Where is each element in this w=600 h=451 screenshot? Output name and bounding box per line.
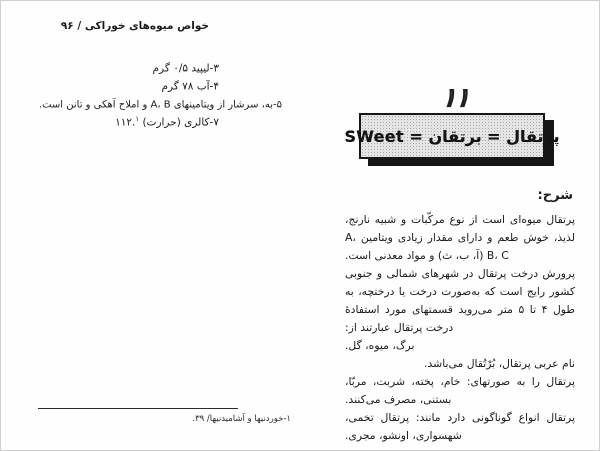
nutrition-item-vitamins: ۵-به، سرشار از ویتامینهای A، B و املاح آ…	[1, 94, 282, 112]
nutrition-item-water: ۴-آب ۷۸ گرم	[1, 76, 219, 94]
paragraph-used-parts: برگ، میوه، گل.	[345, 337, 575, 355]
nutrition-item-calories: ۷-کالری (حرارت) ۱۱۲.۱	[1, 112, 219, 130]
chapter-number: ۱۱	[422, 83, 489, 112]
section-heading-sharh: شرح:	[473, 188, 573, 203]
chapter-description: پرتقال میوه‌ای است از نوع مرکّبات و شبیه…	[345, 211, 575, 445]
chapter-title: پرتقال = برتقان = SWeet	[344, 127, 559, 146]
paragraph-intro: پرتقال میوه‌ای است از نوع مرکّبات و شبیه…	[345, 211, 575, 265]
nutrition-item-text: ۵-به، سرشار از ویتامینهای A، B و املاح آ…	[39, 99, 282, 110]
paragraph-consumption-forms: پرتقال را به صورتهای: خام، پخته، شربت، م…	[345, 373, 575, 409]
footnote-reference: ۱-خوردنیها و آشامیدنیها/ ۳۹.	[140, 414, 291, 424]
chapter-title-box: پرتقال = برتقان = SWeet	[359, 113, 545, 159]
nutrition-item-lipid: ۳-لیپید ۰/۵ گرم	[1, 58, 219, 76]
nutrition-item-text: ۷-کالری (حرارت) ۱۱۲.	[115, 117, 219, 129]
footnote-divider	[38, 408, 238, 409]
book-scan-page: خواص میوه‌های خوراکی / ۹۶ ۳-لیپید ۰/۵ گر…	[0, 0, 600, 451]
paragraph-varieties: پرتقال انواع گوناگونی دارد مانند: پرتقال…	[345, 409, 575, 445]
paragraph-cultivation: پرورش درخت پرتقال در شهرهای شمالی و جنوب…	[345, 265, 575, 337]
paragraph-arabic-name: نام عربی پرتقال، بُرْتُقال می‌باشد.	[345, 355, 575, 373]
nutrition-item-text: ۳-لیپید ۰/۵ گرم	[153, 63, 219, 75]
nutrition-item-text: ۴-آب ۷۸ گرم	[162, 81, 220, 93]
left-page-header: خواص میوه‌های خوراکی / ۹۶	[29, 20, 209, 32]
